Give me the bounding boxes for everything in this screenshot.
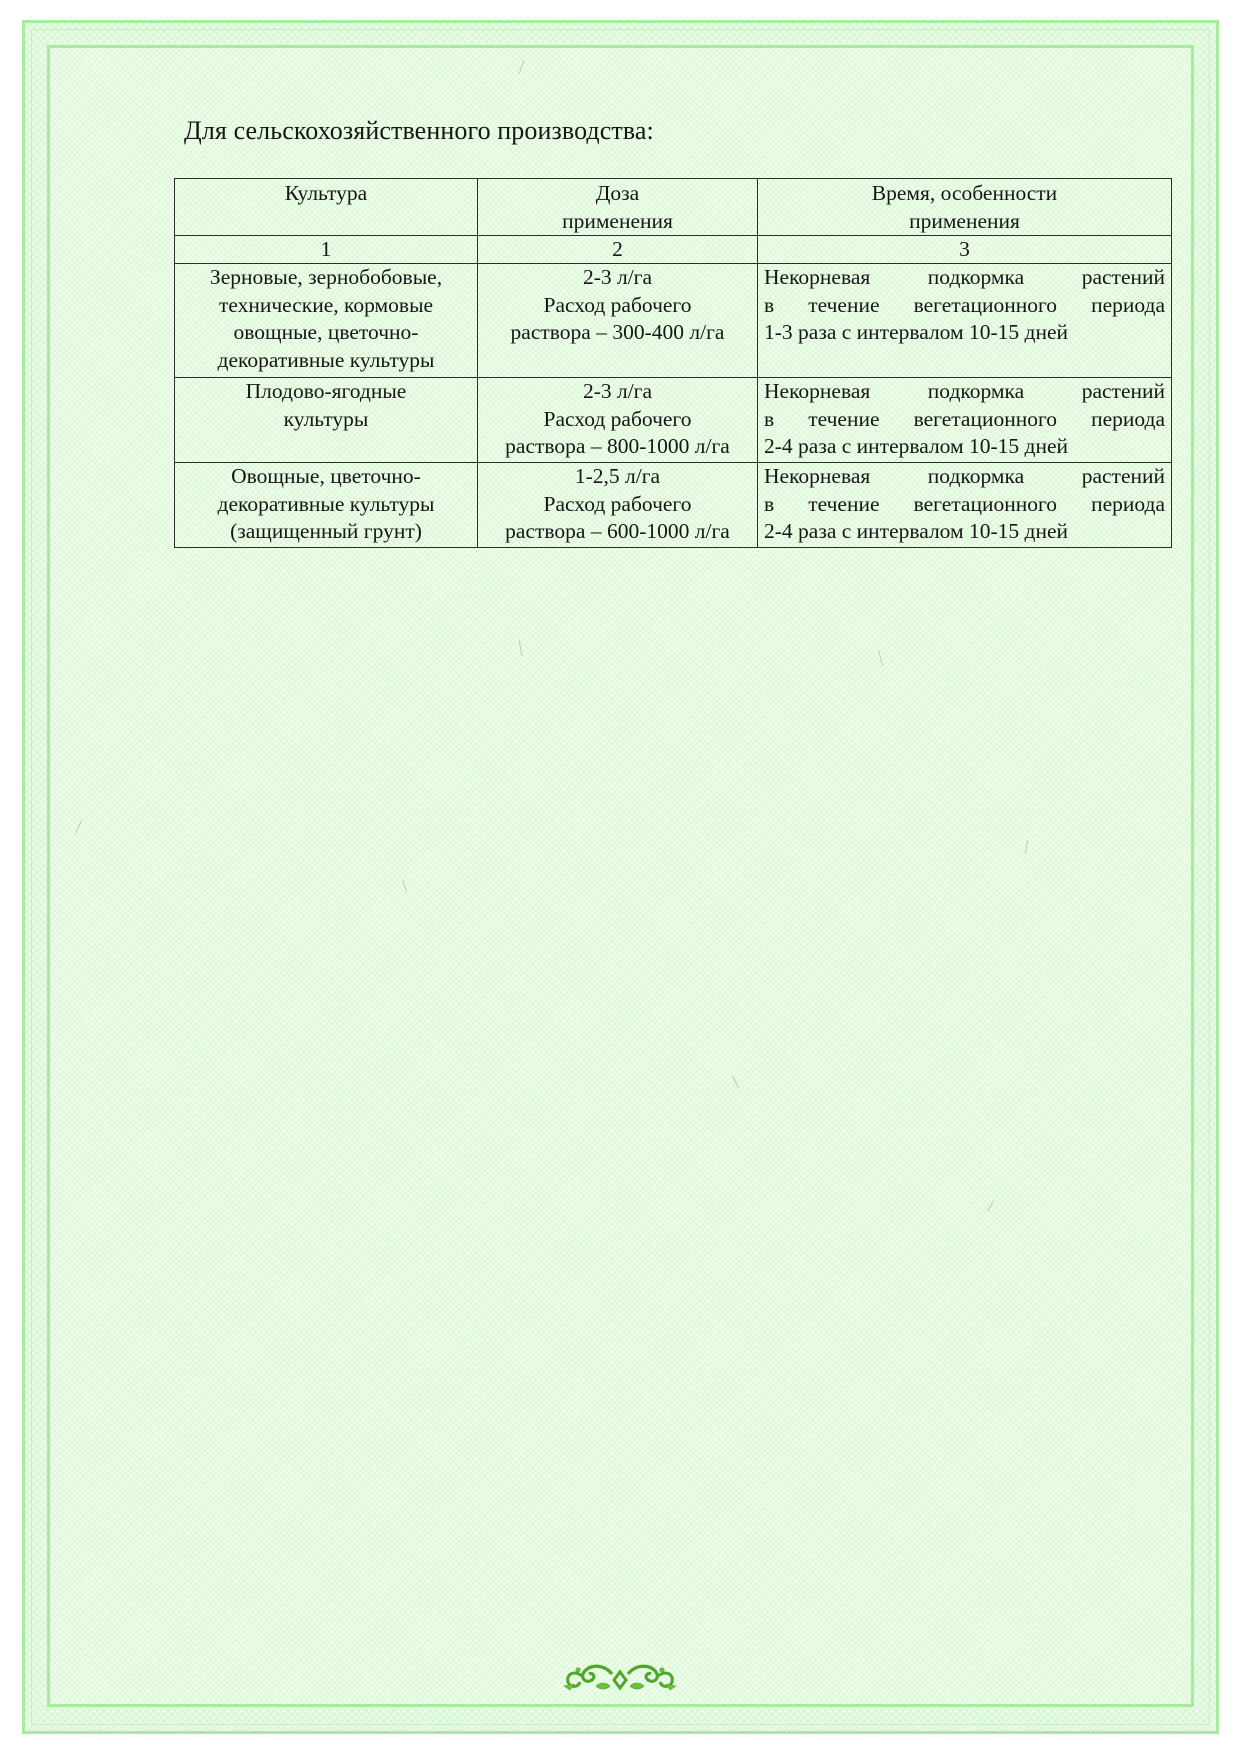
culture-cell: Плодово-ягодные культуры: [175, 378, 478, 463]
dose-cell: 2-3 л/га Расход рабочего раствора – 800-…: [478, 378, 758, 463]
dose-cell: 1-2,5 л/га Расход рабочего раствора – 60…: [478, 463, 758, 548]
header-dose: Доза применения: [478, 179, 758, 236]
timing-cell: Некорневая подкормка растений в течение …: [758, 463, 1172, 548]
timing-cell: Некорневая подкормка растений в течение …: [758, 264, 1172, 378]
dose-cell: 2-3 л/га Расход рабочего раствора – 300-…: [478, 264, 758, 378]
header-culture: Культура: [175, 179, 478, 236]
column-number: 3: [758, 236, 1172, 264]
application-norms-table: Культура Доза применения Время, особенно…: [174, 178, 1172, 548]
table-header-row: Культура Доза применения Время, особенно…: [175, 179, 1172, 236]
floral-ornament-icon: [560, 1660, 680, 1694]
column-number: 2: [478, 236, 758, 264]
culture-cell: Овощные, цветочно- декоративные культуры…: [175, 463, 478, 548]
column-number-row: 1 2 3: [175, 236, 1172, 264]
timing-cell: Некорневая подкормка растений в течение …: [758, 378, 1172, 463]
section-heading: Для сельскохозяйственного производства:: [184, 116, 654, 146]
column-number: 1: [175, 236, 478, 264]
table-row: Плодово-ягодные культуры 2-3 л/га Расход…: [175, 378, 1172, 463]
header-timing: Время, особенности применения: [758, 179, 1172, 236]
table-row: Зерновые, зернобобовые, технические, кор…: [175, 264, 1172, 378]
culture-cell: Зерновые, зернобобовые, технические, кор…: [175, 264, 478, 378]
table-row: Овощные, цветочно- декоративные культуры…: [175, 463, 1172, 548]
